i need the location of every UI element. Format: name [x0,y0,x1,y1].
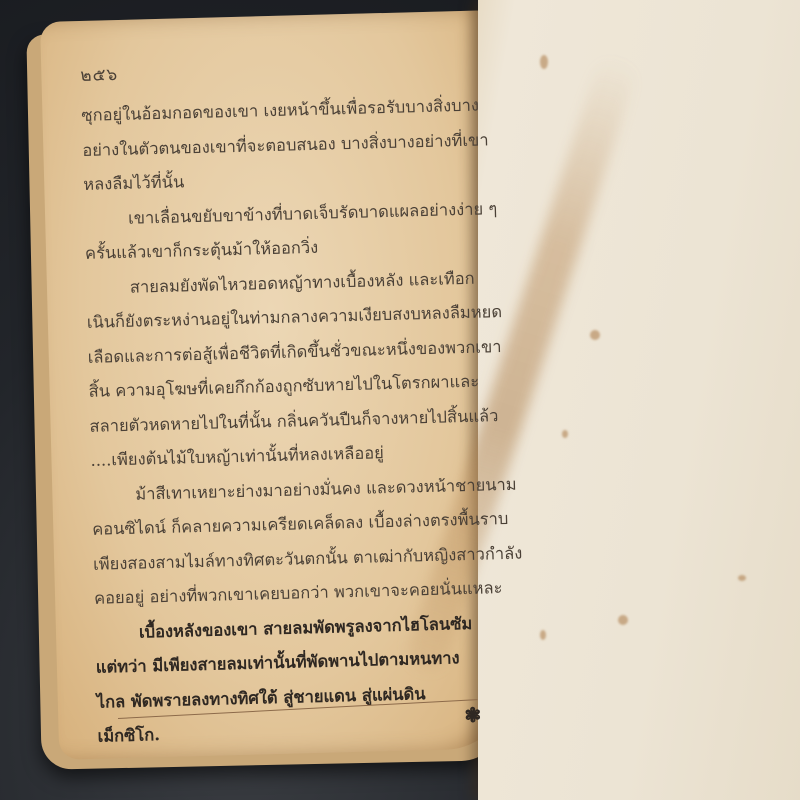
foxing-spot [540,630,546,640]
text-line-content: ไกล พัดพรายลงทางทิศใต้ สู่ชายแดน สู่แผ่น… [97,684,426,712]
foxing-spot [738,575,746,581]
foxing-spot [540,55,548,69]
foxing-spot [618,615,628,625]
foxing-spot [562,430,568,438]
page-text: ๒๕๖ ซุกอยู่ในอ้อมกอดของเขา เงยหน้าขึ้นเพ… [80,52,488,754]
foxing-spot [590,330,600,340]
flower-ornament-icon: ❃ [464,697,482,732]
